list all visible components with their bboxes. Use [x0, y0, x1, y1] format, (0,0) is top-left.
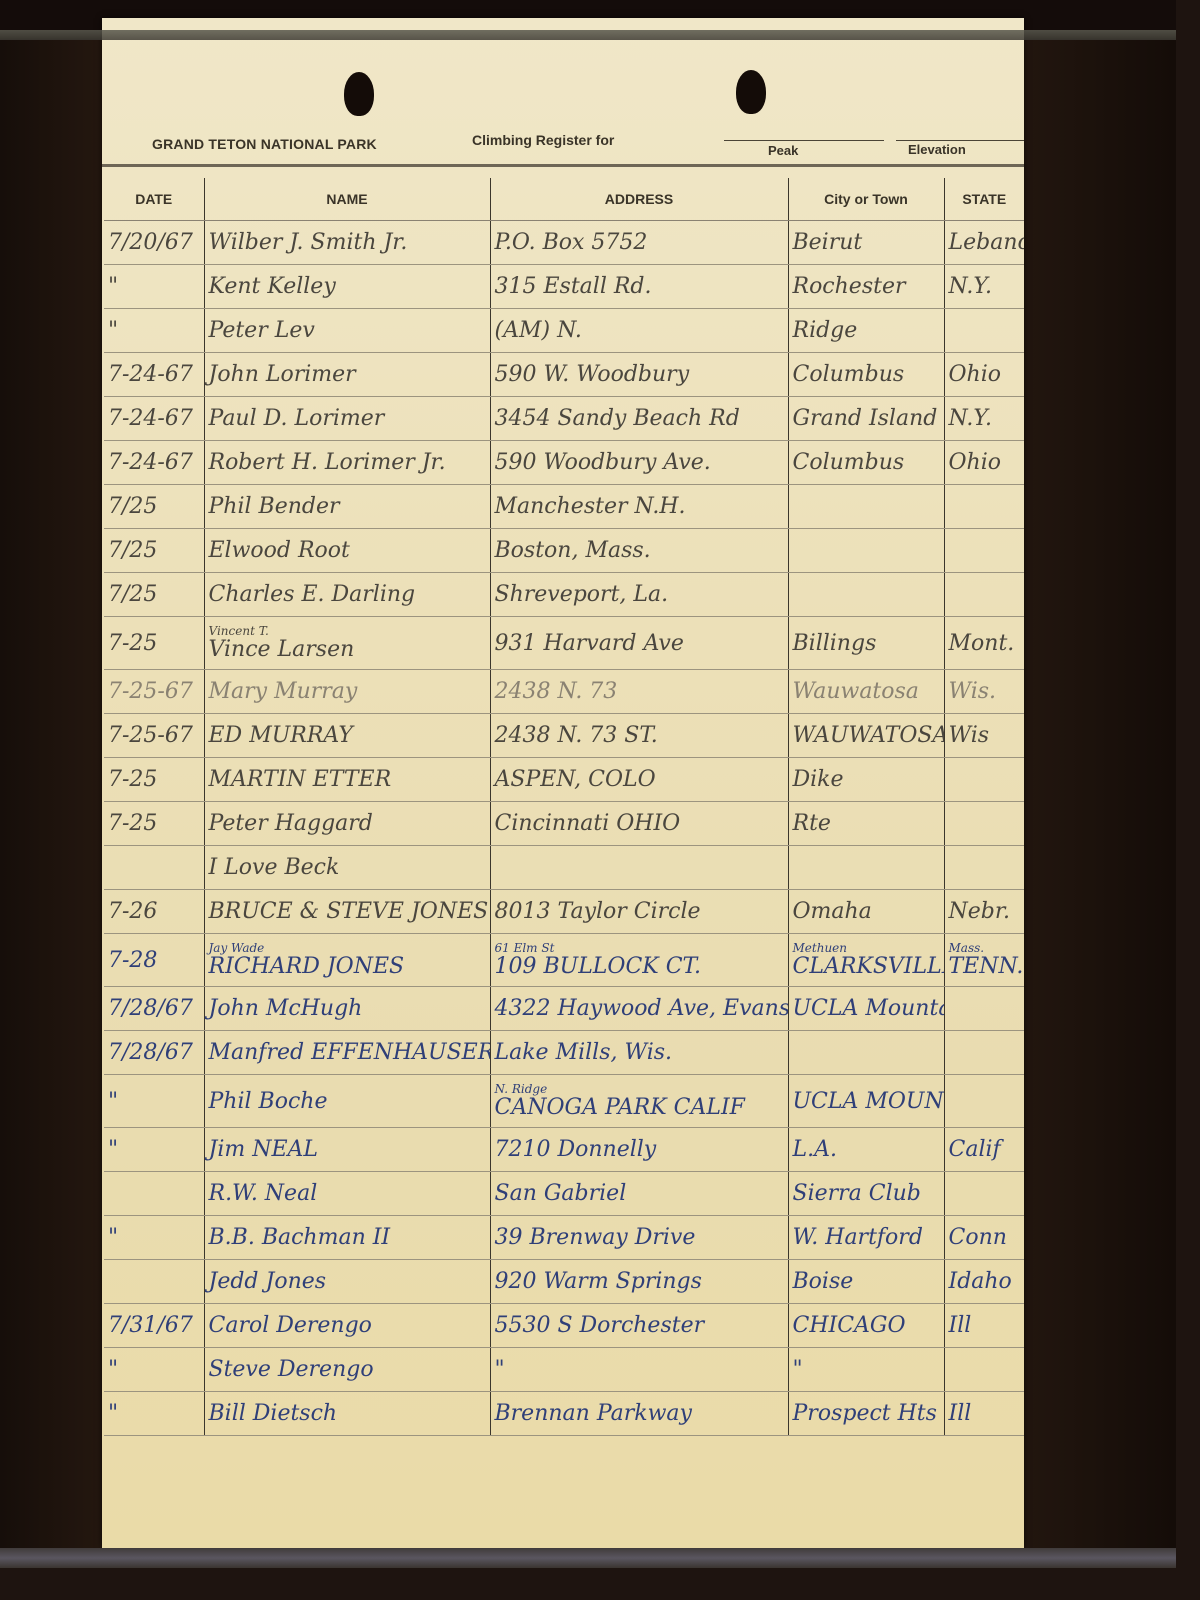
cell-name: Peter Haggard [204, 802, 490, 846]
cell-date: 7-25 [104, 617, 204, 670]
cell-date: 7/31/67 [104, 1304, 204, 1348]
cell-address: Manchester N.H. [490, 485, 788, 529]
register-table: DATE NAME ADDRESS City or Town STATE 7/2… [104, 178, 1024, 1436]
cell-date: " [104, 1348, 204, 1392]
cell-name-text: Jedd Jones [209, 1269, 327, 1294]
cell-name: John Lorimer [204, 353, 490, 397]
cell-date-text: 7/28/67 [108, 996, 193, 1021]
cell-date: 7-25-67 [104, 714, 204, 758]
cell-name-text: B.B. Bachman II [209, 1225, 391, 1250]
cell-address-text: Shreveport, La. [495, 582, 669, 607]
cell-state: Lebanon [944, 221, 1024, 265]
col-address: ADDRESS [490, 178, 788, 221]
cell-city-text: WAUWATOSA [793, 723, 945, 748]
cell-city-text: Columbus [793, 450, 905, 475]
cell-name-text: Robert H. Lorimer Jr. [209, 450, 446, 475]
cell-date: 7-28 [104, 934, 204, 987]
cell-name-text: R.W. Neal [209, 1181, 318, 1206]
cell-date-text: 7/25 [108, 494, 157, 519]
cell-name-text: John McHugh [209, 996, 363, 1021]
cell-city [788, 1031, 944, 1075]
cell-city-text: Billings [793, 631, 877, 656]
cell-state [944, 802, 1024, 846]
cell-city: UCLA Mountaineers [788, 987, 944, 1031]
cell-state: N.Y. [944, 265, 1024, 309]
table-row: 7-25Peter HaggardCincinnati OHIORte [104, 802, 1024, 846]
cell-date: " [104, 309, 204, 353]
cell-state-text: Ohio [949, 362, 1002, 387]
cell-address: P.O. Box 5752 [490, 221, 788, 265]
cell-state: Calif [944, 1128, 1024, 1172]
table-row: 7/25Elwood RootBoston, Mass. [104, 529, 1024, 573]
cell-state: Wis [944, 714, 1024, 758]
cell-date: " [104, 1075, 204, 1128]
cell-city [788, 529, 944, 573]
cell-city: " [788, 1348, 944, 1392]
cell-name-text: Peter Haggard [209, 811, 373, 836]
cell-name: Phil Bender [204, 485, 490, 529]
cell-date: 7-25 [104, 758, 204, 802]
peak-blank-line [724, 140, 884, 141]
cell-city-text: Rte [793, 811, 831, 836]
cell-date-text: 7-25 [108, 631, 157, 656]
cell-address: Brennan Parkway [490, 1392, 788, 1436]
cell-state [944, 846, 1024, 890]
cell-city-text: Omaha [793, 899, 872, 924]
cell-address-text: 590 W. Woodbury [495, 362, 690, 387]
table-row: 7-25-67Mary Murray2438 N. 73WauwatosaWis… [104, 670, 1024, 714]
cell-date-text: 7-24-67 [108, 406, 193, 431]
cell-state-text: N.Y. [949, 274, 993, 299]
cell-date: " [104, 265, 204, 309]
cell-date [104, 1172, 204, 1216]
cell-name: Vincent T.Vince Larsen [204, 617, 490, 670]
cell-name: BRUCE & STEVE JONES [204, 890, 490, 934]
cell-city-text: L.A. [793, 1137, 837, 1162]
cell-state [944, 1075, 1024, 1128]
cell-address-text: 4322 Haywood Ave, Evanston [495, 996, 789, 1021]
cell-address: San Gabriel [490, 1172, 788, 1216]
cell-date-text: 7/20/67 [108, 230, 193, 255]
cell-state-text: Mont. [949, 631, 1015, 656]
table-row: 7-28Jay WadeRICHARD JONES61 Elm St109 BU… [104, 934, 1024, 987]
cell-name: MARTIN ETTER [204, 758, 490, 802]
table-row: 7/31/67Carol Derengo5530 S DorchesterCHI… [104, 1304, 1024, 1348]
cell-state-text: Lebanon [949, 230, 1025, 255]
header-rule [102, 164, 1024, 167]
cell-city: UCLA MOUNTAINEERS [788, 1075, 944, 1128]
cell-address-text: " [495, 1357, 505, 1382]
col-city: City or Town [788, 178, 944, 221]
cell-date: 7/28/67 [104, 987, 204, 1031]
cell-name-text: I Love Beck [209, 855, 340, 880]
cell-name: John McHugh [204, 987, 490, 1031]
cell-city: Ridge [788, 309, 944, 353]
cell-name-text: Bill Dietsch [209, 1401, 338, 1426]
cell-date: 7-25 [104, 802, 204, 846]
cell-city-text: CHICAGO [793, 1313, 906, 1338]
table-row: "Bill DietschBrennan ParkwayProspect Hts… [104, 1392, 1024, 1436]
cell-state-text: Calif [949, 1137, 1001, 1162]
cell-address: 3454 Sandy Beach Rd [490, 397, 788, 441]
cell-name: Robert H. Lorimer Jr. [204, 441, 490, 485]
cell-state: Wis. [944, 670, 1024, 714]
cell-city: CHICAGO [788, 1304, 944, 1348]
register-sheet: GRAND TETON NATIONAL PARK Climbing Regis… [102, 18, 1024, 1548]
cell-address: 8013 Taylor Circle [490, 890, 788, 934]
cell-city-text: W. Hartford [793, 1225, 923, 1250]
register-rows: 7/20/67Wilber J. Smith Jr.P.O. Box 5752B… [104, 221, 1024, 1436]
cell-city-text: Ridge [793, 318, 858, 343]
cell-date-text: 7-25 [108, 811, 157, 836]
cell-city-text: Grand Island [793, 406, 938, 431]
cell-city: Columbus [788, 441, 944, 485]
cell-name-text: Elwood Root [209, 538, 350, 563]
cell-address: Lake Mills, Wis. [490, 1031, 788, 1075]
column-headers: DATE NAME ADDRESS City or Town STATE [104, 178, 1024, 221]
cell-address: 590 Woodbury Ave. [490, 441, 788, 485]
cell-state [944, 1031, 1024, 1075]
cell-state-text: Ill [949, 1401, 972, 1426]
cell-state [944, 1172, 1024, 1216]
cell-name-text: BRUCE & STEVE JONES [209, 899, 489, 924]
cell-name-text: Charles E. Darling [209, 582, 416, 607]
cell-city: Columbus [788, 353, 944, 397]
table-row: Jedd Jones920 Warm SpringsBoiseIdaho [104, 1260, 1024, 1304]
cell-date-text: 7-28 [108, 948, 157, 973]
cell-name-text: John Lorimer [209, 362, 356, 387]
cell-state: Nebr. [944, 890, 1024, 934]
cell-state-text: Ohio [949, 450, 1002, 475]
cell-date-text: 7-25-67 [108, 723, 193, 748]
table-row: 7-25MARTIN ETTERASPEN, COLODike [104, 758, 1024, 802]
cell-address: 39 Brenway Drive [490, 1216, 788, 1260]
cell-date-text: " [108, 274, 118, 299]
cell-address-text: 590 Woodbury Ave. [495, 450, 711, 475]
cell-address: 61 Elm St109 BULLOCK CT. [490, 934, 788, 987]
register-label: Climbing Register for [472, 132, 614, 148]
cell-address: 5530 S Dorchester [490, 1304, 788, 1348]
cell-date: 7-24-67 [104, 397, 204, 441]
cell-city: Omaha [788, 890, 944, 934]
cell-date-text: " [108, 1225, 118, 1250]
col-date: DATE [104, 178, 204, 221]
background-left [0, 40, 102, 1548]
table-row: R.W. NealSan GabrielSierra Club [104, 1172, 1024, 1216]
table-row: 7/28/67Manfred EFFENHAUSER, M.D.Lake Mil… [104, 1031, 1024, 1075]
cell-address-text: San Gabriel [495, 1181, 627, 1206]
cell-address [490, 846, 788, 890]
cell-address-text: 39 Brenway Drive [495, 1225, 696, 1250]
cell-state: Mass.TENN. [944, 934, 1024, 987]
cell-address: 315 Estall Rd. [490, 265, 788, 309]
cell-address: " [490, 1348, 788, 1392]
cell-name-text: Carol Derengo [209, 1313, 372, 1338]
cell-date-text: " [108, 1401, 118, 1426]
table-row: "Kent Kelley315 Estall Rd.RochesterN.Y. [104, 265, 1024, 309]
cell-city [788, 846, 944, 890]
cell-date: 7/25 [104, 529, 204, 573]
cell-address: 2438 N. 73 [490, 670, 788, 714]
cell-date: " [104, 1392, 204, 1436]
cell-city-text: Columbus [793, 362, 905, 387]
cell-name-text: Phil Boche [209, 1089, 328, 1114]
cell-state: Mont. [944, 617, 1024, 670]
cell-date-text: 7-25-67 [108, 679, 193, 704]
cell-date-text: 7/25 [108, 538, 157, 563]
cell-name: Paul D. Lorimer [204, 397, 490, 441]
cell-city [788, 573, 944, 617]
cell-address: 2438 N. 73 ST. [490, 714, 788, 758]
cell-address-text: P.O. Box 5752 [495, 230, 648, 255]
cell-name: Jim NEAL [204, 1128, 490, 1172]
peak-label: Peak [768, 143, 798, 158]
col-name: NAME [204, 178, 490, 221]
park-title: GRAND TETON NATIONAL PARK [152, 136, 377, 152]
cell-city-text: " [793, 1357, 803, 1382]
cell-date-text: 7-25 [108, 767, 157, 792]
cell-state [944, 485, 1024, 529]
cell-address-text: 920 Warm Springs [495, 1269, 702, 1294]
cell-city: Rte [788, 802, 944, 846]
cell-date: 7-25-67 [104, 670, 204, 714]
cell-city [788, 485, 944, 529]
cell-address: N. RidgeCANOGA PARK CALIF [490, 1075, 788, 1128]
cell-name-text: Vince Larsen [209, 637, 355, 662]
cell-name: B.B. Bachman II [204, 1216, 490, 1260]
cell-state [944, 758, 1024, 802]
cell-name: Wilber J. Smith Jr. [204, 221, 490, 265]
cell-address-text: 109 BULLOCK CT. [495, 954, 701, 979]
cell-city-note: Methuen [793, 942, 940, 954]
cell-state-text: Wis. [949, 679, 997, 704]
cell-name-text: ED MURRAY [209, 723, 353, 748]
col-state: STATE [944, 178, 1024, 221]
cell-city-text: Beirut [793, 230, 863, 255]
cell-name-text: Steve Derengo [209, 1357, 374, 1382]
elevation-blank-line [896, 140, 1024, 141]
cell-name: Peter Lev [204, 309, 490, 353]
cell-date: 7/28/67 [104, 1031, 204, 1075]
cell-date-text: " [108, 1137, 118, 1162]
cell-state: Ill [944, 1392, 1024, 1436]
cell-name-note: Jay Wade [209, 942, 486, 954]
cell-address-text: Brennan Parkway [495, 1401, 692, 1426]
cell-name-text: Kent Kelley [209, 274, 336, 299]
cell-date-text: 7-26 [108, 899, 157, 924]
cell-city: Boise [788, 1260, 944, 1304]
cell-city-text: Boise [793, 1269, 854, 1294]
cell-state [944, 529, 1024, 573]
table-row: 7-24-67Robert H. Lorimer Jr.590 Woodbury… [104, 441, 1024, 485]
cell-city: W. Hartford [788, 1216, 944, 1260]
cell-name: R.W. Neal [204, 1172, 490, 1216]
table-row: 7/25Charles E. DarlingShreveport, La. [104, 573, 1024, 617]
cell-name: ED MURRAY [204, 714, 490, 758]
cell-name-text: MARTIN ETTER [209, 767, 392, 792]
cell-date: 7/25 [104, 485, 204, 529]
cell-name: Phil Boche [204, 1075, 490, 1128]
cell-name: Manfred EFFENHAUSER, M.D. [204, 1031, 490, 1075]
cell-city: Billings [788, 617, 944, 670]
table-row: "Peter Lev(AM) N.Ridge [104, 309, 1024, 353]
cell-address-text: Lake Mills, Wis. [495, 1040, 673, 1065]
cell-address: 931 Harvard Ave [490, 617, 788, 670]
cell-date-text: " [108, 1089, 118, 1114]
cell-address: 7210 Donnelly [490, 1128, 788, 1172]
table-row: 7-26BRUCE & STEVE JONES8013 Taylor Circl… [104, 890, 1024, 934]
cell-name: Bill Dietsch [204, 1392, 490, 1436]
table-row: 7-24-67John Lorimer590 W. WoodburyColumb… [104, 353, 1024, 397]
cell-date-text: 7-24-67 [108, 362, 193, 387]
cell-state-text: Ill [949, 1313, 972, 1338]
cell-address-text: 5530 S Dorchester [495, 1313, 705, 1338]
cell-address-text: Cincinnati OHIO [495, 811, 681, 836]
table-row: 7-24-67Paul D. Lorimer3454 Sandy Beach R… [104, 397, 1024, 441]
cell-city: Prospect Hts [788, 1392, 944, 1436]
cell-name-note: Vincent T. [209, 625, 486, 637]
cell-state-text: N.Y. [949, 406, 993, 431]
elevation-label: Elevation [908, 142, 966, 157]
cell-city-text: Sierra Club [793, 1181, 921, 1206]
cell-name: Charles E. Darling [204, 573, 490, 617]
cell-name-text: Wilber J. Smith Jr. [209, 230, 408, 255]
cell-date [104, 846, 204, 890]
cell-city: Dike [788, 758, 944, 802]
cell-name: Steve Derengo [204, 1348, 490, 1392]
cell-address-note: N. Ridge [495, 1083, 784, 1095]
cell-city-text: Rochester [793, 274, 906, 299]
cell-address: 920 Warm Springs [490, 1260, 788, 1304]
table-row: "Jim NEAL7210 DonnellyL.A.Calif [104, 1128, 1024, 1172]
cell-address-text: 2438 N. 73 [495, 679, 618, 704]
cell-date: 7-24-67 [104, 441, 204, 485]
cell-address-text: 3454 Sandy Beach Rd [495, 406, 740, 431]
cell-state-text: Conn [949, 1225, 1007, 1250]
table-row: 7-25Vincent T.Vince Larsen931 Harvard Av… [104, 617, 1024, 670]
cell-city: MethuenCLARKSVILLE [788, 934, 944, 987]
cell-date: " [104, 1128, 204, 1172]
table-row: 7/25Phil BenderManchester N.H. [104, 485, 1024, 529]
table-row: 7-25-67ED MURRAY2438 N. 73 ST.WAUWATOSAW… [104, 714, 1024, 758]
cell-state [944, 987, 1024, 1031]
cell-city: L.A. [788, 1128, 944, 1172]
table-row: "Steve Derengo"" [104, 1348, 1024, 1392]
punch-hole [344, 72, 374, 116]
cell-address: Shreveport, La. [490, 573, 788, 617]
cell-address-text: Boston, Mass. [495, 538, 651, 563]
cell-address-text: Manchester N.H. [495, 494, 686, 519]
cell-state: Conn [944, 1216, 1024, 1260]
cell-state-text: TENN. [949, 954, 1024, 979]
cell-city-text: Dike [793, 767, 844, 792]
table-row: "Phil BocheN. RidgeCANOGA PARK CALIFUCLA… [104, 1075, 1024, 1128]
cell-date: 7-24-67 [104, 353, 204, 397]
cell-name-text: Phil Bender [209, 494, 340, 519]
cell-name: Mary Murray [204, 670, 490, 714]
cell-date: " [104, 1216, 204, 1260]
cell-date-text: 7-24-67 [108, 450, 193, 475]
table-row: "B.B. Bachman II39 Brenway DriveW. Hartf… [104, 1216, 1024, 1260]
cell-city: Grand Island [788, 397, 944, 441]
cell-date-text: " [108, 1357, 118, 1382]
cell-address: 590 W. Woodbury [490, 353, 788, 397]
cell-city-text: Wauwatosa [793, 679, 919, 704]
cell-name: I Love Beck [204, 846, 490, 890]
cell-date: 7-26 [104, 890, 204, 934]
cell-address-text: 2438 N. 73 ST. [495, 723, 658, 748]
cell-address-text: (AM) N. [495, 318, 582, 343]
cell-name: Jedd Jones [204, 1260, 490, 1304]
cell-name: Elwood Root [204, 529, 490, 573]
cell-name-text: RICHARD JONES [209, 954, 405, 979]
cell-city-text: CLARKSVILLE [793, 954, 945, 979]
cell-city: Beirut [788, 221, 944, 265]
cell-state-text: Wis [949, 723, 990, 748]
table-row: 7/28/67John McHugh4322 Haywood Ave, Evan… [104, 987, 1024, 1031]
cell-city: WAUWATOSA [788, 714, 944, 758]
cell-state: N.Y. [944, 397, 1024, 441]
cell-address-text: 931 Harvard Ave [495, 631, 684, 656]
cell-date-text: 7/31/67 [108, 1313, 193, 1338]
cell-date [104, 1260, 204, 1304]
cell-name: Jay WadeRICHARD JONES [204, 934, 490, 987]
cell-name-text: Peter Lev [209, 318, 315, 343]
cell-city: Rochester [788, 265, 944, 309]
cell-state: Idaho [944, 1260, 1024, 1304]
cell-address: Boston, Mass. [490, 529, 788, 573]
cell-address-text: 8013 Taylor Circle [495, 899, 701, 924]
cell-name-text: Jim NEAL [209, 1137, 319, 1162]
cell-state: Ohio [944, 353, 1024, 397]
table-row: 7/20/67Wilber J. Smith Jr.P.O. Box 5752B… [104, 221, 1024, 265]
cell-date-text: " [108, 318, 118, 343]
cell-state [944, 573, 1024, 617]
cell-name-text: Paul D. Lorimer [209, 406, 385, 431]
cell-date-text: 7/25 [108, 582, 157, 607]
cell-state-note: Mass. [949, 942, 1021, 954]
cell-city: Wauwatosa [788, 670, 944, 714]
cell-state [944, 309, 1024, 353]
cell-address-text: ASPEN, COLO [495, 767, 656, 792]
cell-address-note: 61 Elm St [495, 942, 784, 954]
display-case-edge [0, 30, 1176, 40]
cell-name-text: Mary Murray [209, 679, 358, 704]
cell-state-text: Idaho [949, 1269, 1012, 1294]
cell-address: 4322 Haywood Ave, Evanston [490, 987, 788, 1031]
background-right [1024, 40, 1176, 1548]
cell-address-text: 315 Estall Rd. [495, 274, 652, 299]
cell-city-text: UCLA MOUNTAINEERS [793, 1089, 945, 1114]
punch-hole [736, 70, 766, 114]
cell-date-text: 7/28/67 [108, 1040, 193, 1065]
cell-state-text: Nebr. [949, 899, 1010, 924]
cell-name: Kent Kelley [204, 265, 490, 309]
cell-city: Sierra Club [788, 1172, 944, 1216]
cell-name: Carol Derengo [204, 1304, 490, 1348]
cell-name-text: Manfred EFFENHAUSER, M.D. [209, 1040, 491, 1065]
cell-date: 7/25 [104, 573, 204, 617]
cell-city-text: Prospect Hts [793, 1401, 937, 1426]
display-case-bottom [0, 1548, 1176, 1568]
cell-state [944, 1348, 1024, 1392]
cell-address: (AM) N. [490, 309, 788, 353]
cell-address: ASPEN, COLO [490, 758, 788, 802]
cell-address-text: 7210 Donnelly [495, 1137, 657, 1162]
cell-address: Cincinnati OHIO [490, 802, 788, 846]
cell-address-text: CANOGA PARK CALIF [495, 1095, 745, 1120]
table-row: I Love Beck [104, 846, 1024, 890]
